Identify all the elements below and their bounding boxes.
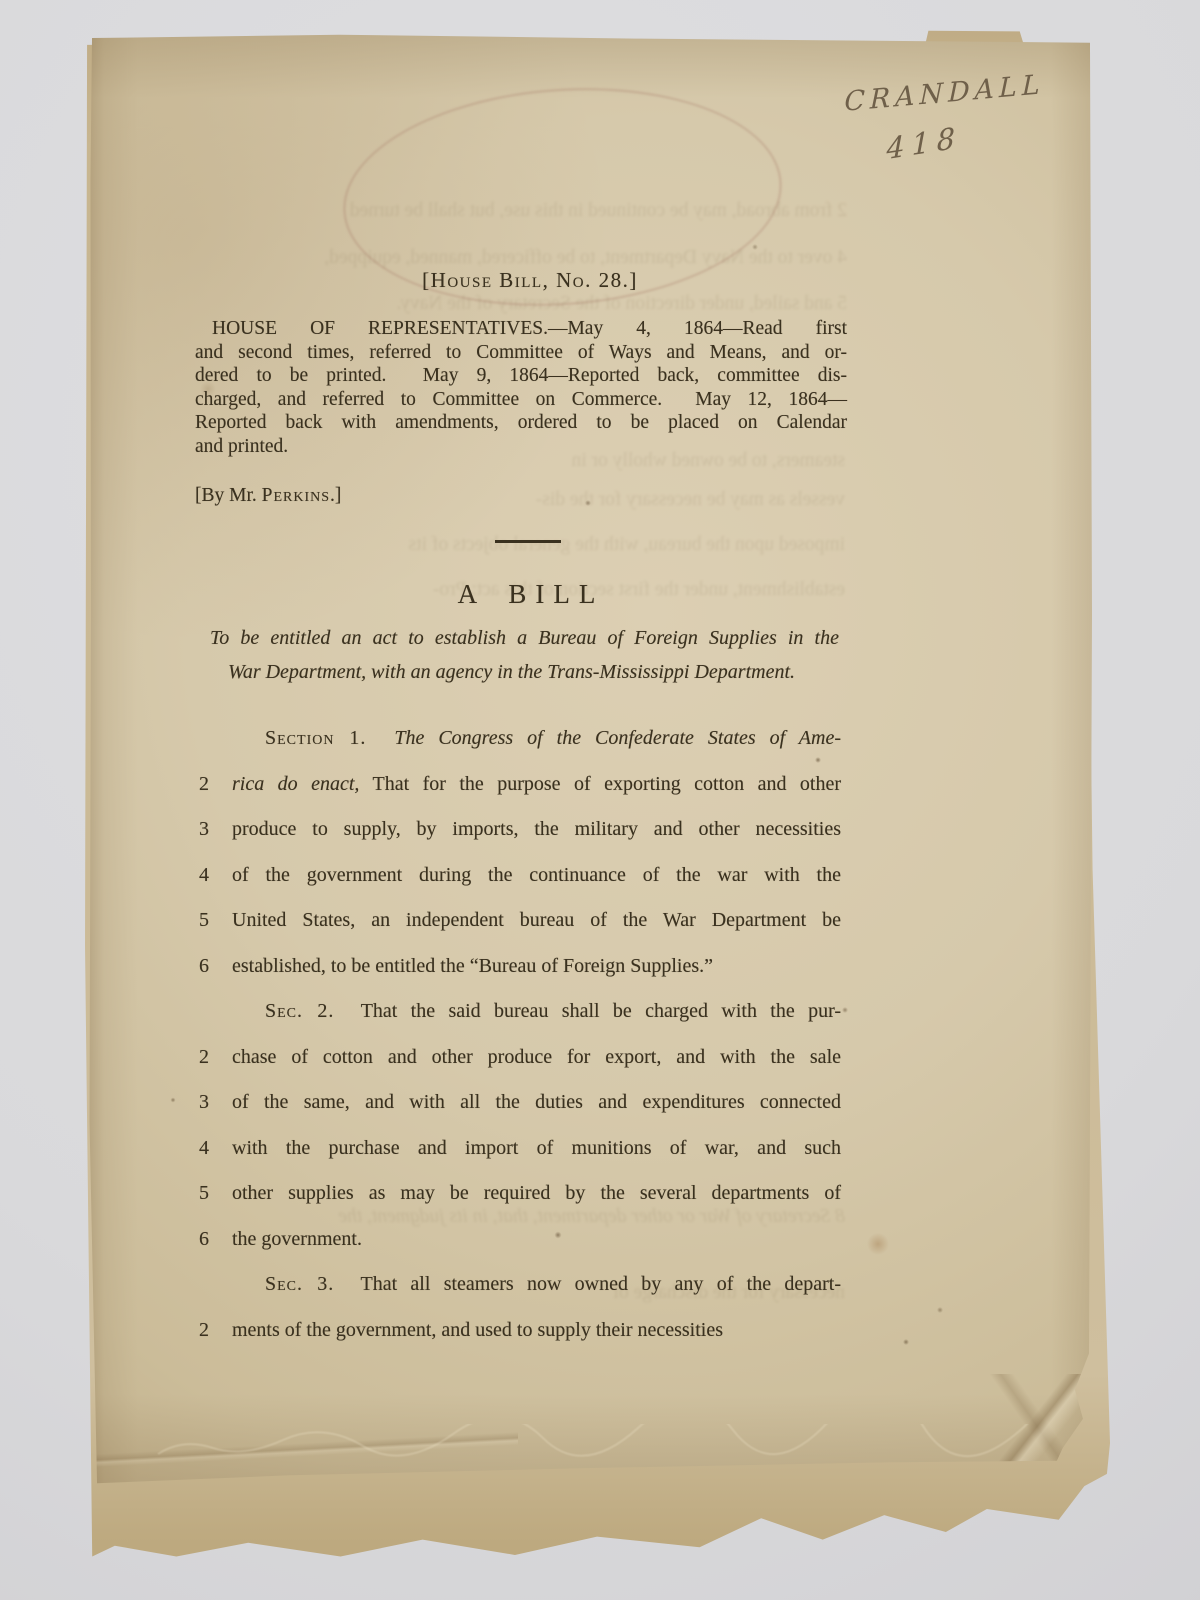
bill-line-text: United States, an independent bureau of …: [232, 909, 841, 931]
bill-line: 6the government.: [195, 1217, 847, 1263]
bill-line: 6established, to be entitled the “Bureau…: [195, 944, 847, 990]
printed-content: [House Bill, No. 28.] HOUSE OF REPRESENT…: [195, 34, 847, 1484]
bill-line-text: of the same, and with all the duties and…: [232, 1091, 841, 1113]
bill-line-text: other supplies as may be required by the…: [232, 1182, 841, 1204]
preamble-line: To be entitled an act to establish a Bur…: [195, 622, 847, 656]
bill-line-text: with the purchase and import of munition…: [232, 1137, 841, 1159]
line-number: 4: [199, 1126, 209, 1172]
bill-line: 2ments of the government, and used to su…: [195, 1308, 847, 1354]
line-number: 2: [199, 1308, 209, 1354]
bill-line-text: Sec. 3.: [265, 1273, 334, 1295]
bill-line: Section 1. The Congress of the Confedera…: [195, 716, 847, 762]
line-number: 6: [199, 1217, 209, 1263]
bill-line-text: The Congress of the Confederate States o…: [394, 727, 841, 749]
bill-line: 2chase of cotton and other produce for e…: [195, 1035, 847, 1081]
bill-line-text: Sec. 2.: [265, 1000, 334, 1022]
sponsor-suffix: .]: [330, 485, 341, 506]
line-number: 3: [199, 1080, 209, 1126]
bill-line: Sec. 3. That all steamers now owned by a…: [195, 1262, 847, 1308]
preamble-line: War Department, with an agency in the Tr…: [195, 656, 847, 690]
bill-line-text: [366, 727, 394, 749]
line-number: 5: [199, 898, 209, 944]
sponsor-line: [By Mr. Perkins.]: [195, 485, 341, 507]
history-line: dered to be printed. May 9, 1864—Reporte…: [195, 364, 847, 388]
bill-line-text: rica do enact,: [232, 773, 359, 795]
bill-sections: Section 1. The Congress of the Confedera…: [195, 716, 847, 1353]
handwritten-catalog-number: 418: [886, 120, 961, 166]
history-line: charged, and referred to Committee on Co…: [195, 388, 847, 412]
bill-line-text: the government.: [232, 1228, 362, 1250]
sponsor-name: Perkins: [262, 485, 330, 506]
line-number: 3: [199, 807, 209, 853]
bill-line-text: That the said bureau shall be charged wi…: [334, 1000, 841, 1022]
bill-line: 5other supplies as may be required by th…: [195, 1171, 847, 1217]
history-line: HOUSE OF REPRESENTATIVES.—May 4, 1864—Re…: [195, 317, 847, 341]
history-line: Reported back with amendments, ordered t…: [195, 411, 847, 435]
photo-background: CRANDALL 418 2 from abroad, may be conti…: [0, 0, 1200, 1600]
bill-line-text: Section 1.: [265, 727, 366, 749]
history-line: and second times, referred to Committee …: [195, 341, 847, 365]
line-number: 2: [199, 762, 209, 808]
divider-rule: [495, 540, 561, 543]
bill-line-text: That all steamers now owned by any of th…: [334, 1273, 841, 1295]
bill-line: 5United States, an independent bureau of…: [195, 898, 847, 944]
line-number: 6: [199, 944, 209, 990]
handwritten-catalog-name: CRANDALL: [844, 69, 1045, 118]
bill-line: Sec. 2. That the said bureau shall be ch…: [195, 989, 847, 1035]
line-number: 2: [199, 1035, 209, 1081]
bill-line-text: That for the purpose of exporting cotton…: [359, 773, 841, 795]
bill-line: 4of the government during the continuanc…: [195, 853, 847, 899]
bill-line: 2rica do enact, That for the purpose of …: [195, 762, 847, 808]
bill-line-text: established, to be entitled the “Bureau …: [232, 955, 713, 977]
legislative-history: HOUSE OF REPRESENTATIVES.—May 4, 1864—Re…: [195, 317, 847, 459]
line-number: 4: [199, 853, 209, 899]
bill-preamble: To be entitled an act to establish a Bur…: [195, 622, 847, 689]
bill-line-text: of the government during the continuance…: [232, 864, 841, 886]
bill-line: 4with the purchase and import of munitio…: [195, 1126, 847, 1172]
bill-number-label: [House Bill, No. 28.]: [195, 268, 847, 293]
bill-line: 3of the same, and with all the duties an…: [195, 1080, 847, 1126]
bill-line-text: chase of cotton and other produce for ex…: [232, 1046, 841, 1068]
history-line: and printed.: [195, 435, 847, 459]
bill-title: A BILL: [195, 579, 847, 610]
bill-line: 3produce to supply, by imports, the mili…: [195, 807, 847, 853]
line-number: 5: [199, 1171, 209, 1217]
document-page: CRANDALL 418 2 from abroad, may be conti…: [88, 34, 1093, 1484]
bill-line-text: produce to supply, by imports, the milit…: [232, 818, 841, 840]
sponsor-prefix: [By Mr.: [195, 485, 262, 506]
bill-line-text: ments of the government, and used to sup…: [232, 1319, 723, 1341]
